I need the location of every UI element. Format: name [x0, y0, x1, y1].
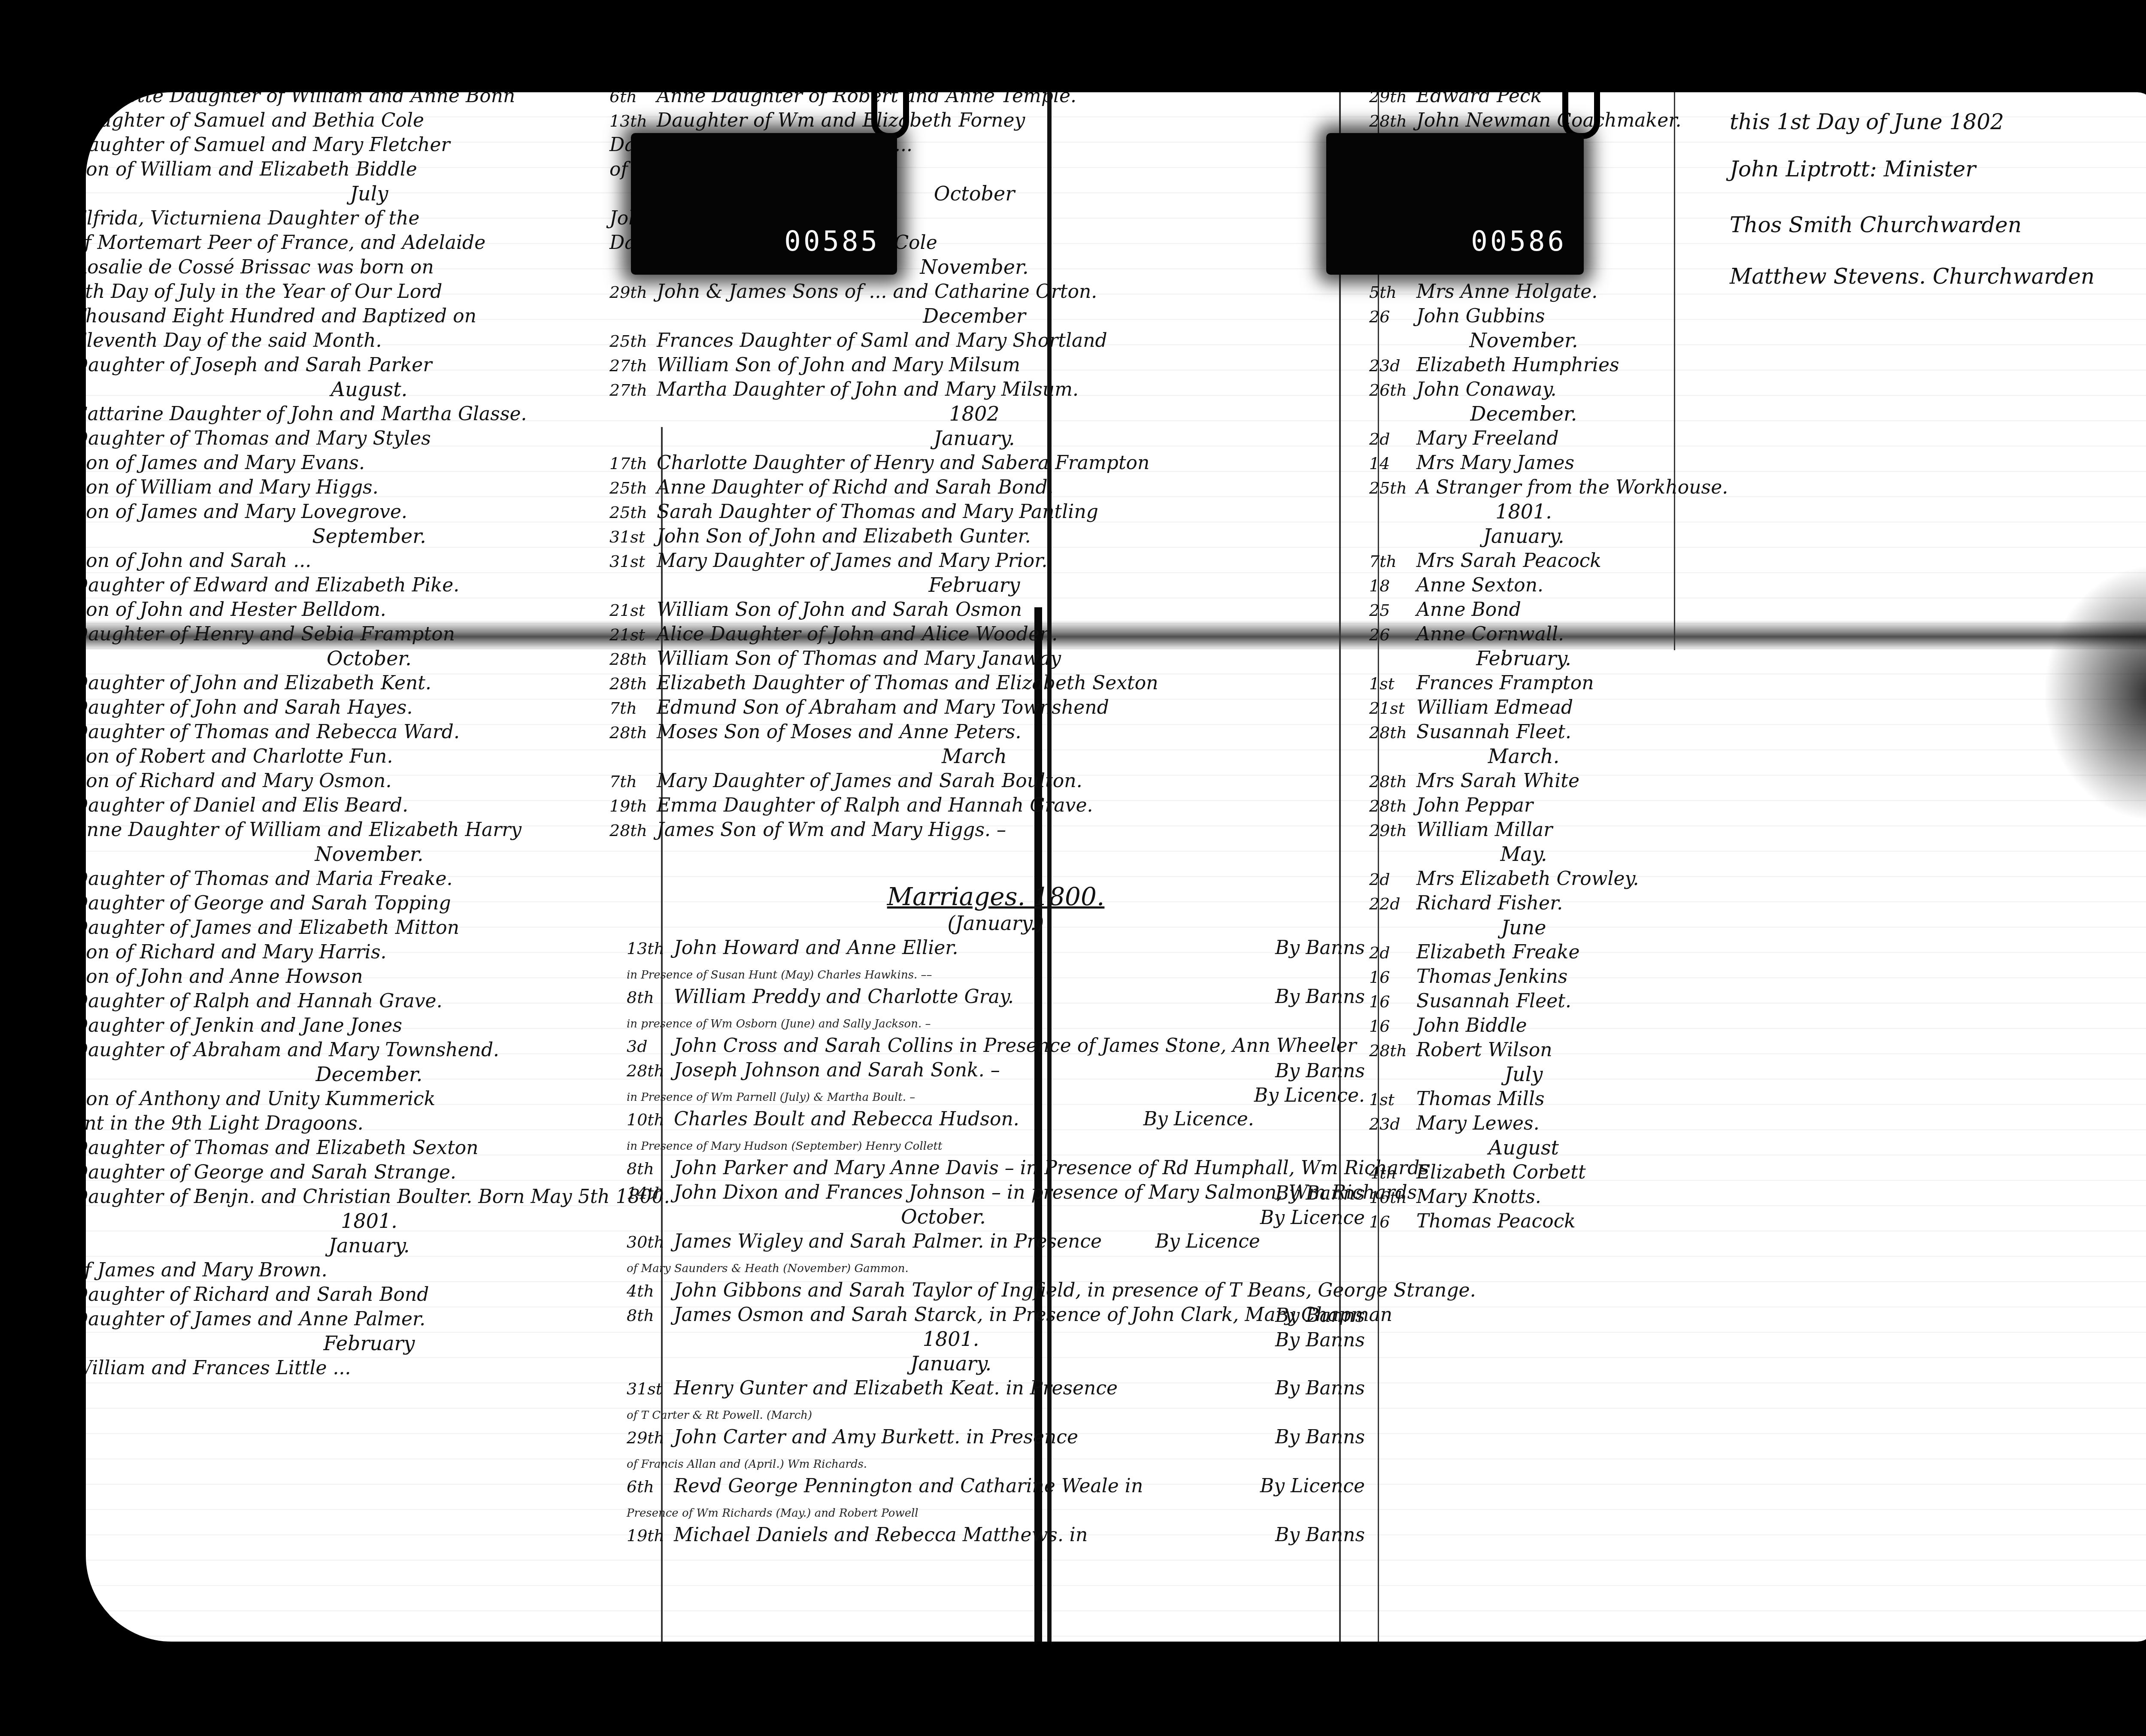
entry-witness-note: in Presence of Mary Hudson (September) H…: [627, 1131, 1365, 1156]
register-entry: Rosalie de Cossé Brissac was born on: [86, 255, 665, 279]
entry-date: 29th: [1369, 92, 1416, 109]
month-heading: 1802: [609, 402, 1339, 426]
register-entry: Daughter of Thomas and Mary Styles: [86, 426, 665, 451]
entry-witness-note: Presence of Wm Richards (May.) and Rober…: [627, 1498, 1365, 1523]
register-entry: 2dElizabeth Freake: [1369, 940, 1678, 964]
entry-date: 25th: [1369, 476, 1416, 500]
month-heading: February: [609, 573, 1339, 597]
register-entry: 16thMary Knotts.: [1369, 1185, 1678, 1209]
entry-text: Mrs Anne Holgate.: [1416, 281, 1597, 303]
entry-text: of Francis Allan and (April.) Wm Richard…: [627, 1458, 867, 1471]
register-entry: 4thJohn Gibbons and Sarah Taylor of Ingf…: [627, 1278, 1365, 1303]
entry-text: of Mary Saunders & Heath (November) Gamm…: [627, 1262, 909, 1275]
entry-text: John Howard and Anne Ellier.: [674, 937, 958, 959]
entry-date: 13th: [609, 109, 657, 133]
register-entry: 29thEdward Peck: [1369, 92, 1678, 108]
entry-date: 7th: [609, 770, 657, 794]
register-entry: Eleventh Day of the said Month.: [86, 328, 665, 353]
minister-signature: John Liptrott: Minister: [1730, 157, 1976, 182]
register-entry: 2dMrs Elizabeth Crowley.: [1369, 866, 1678, 891]
marriage-method: By Licence.: [1143, 1107, 1254, 1131]
register-entry: Daughter of Richard and Sarah Bond: [86, 1282, 665, 1307]
frame-number-tag: 00586: [1326, 133, 1584, 275]
entry-date: 2d: [1369, 941, 1416, 965]
marriage-method: By Banns: [1275, 1523, 1365, 1547]
register-page: Charlotte Daughter of William and Anne B…: [86, 92, 2146, 1642]
entry-text: William Preddy and Charlotte Gray.: [674, 986, 1014, 1008]
entry-text: in Presence of Susan Hunt (May) Charles …: [627, 969, 932, 982]
entry-text: Mrs Sarah White: [1416, 770, 1579, 792]
register-entry: Daughter of Henry and Sebia Frampton: [86, 622, 665, 646]
entry-date: 25th: [609, 500, 657, 525]
entry-date: 25th: [609, 329, 657, 354]
entry-date: 31st: [609, 525, 657, 549]
register-entry: 28thRobert Wilson: [1369, 1038, 1678, 1062]
entry-text: Son of John and Anne Howson: [86, 966, 363, 988]
register-entry: 29thJohn & James Sons of ... and Cathari…: [609, 279, 1339, 304]
entry-date: 7th: [609, 696, 657, 721]
entry-date: 13th: [627, 936, 674, 961]
register-entry: Son of Anthony and Unity Kummerick: [86, 1087, 665, 1111]
month-heading: February: [86, 1331, 665, 1356]
register-entry: Thousand Eight Hundred and Baptized on: [86, 304, 665, 328]
entry-date: 16: [1369, 1014, 1416, 1039]
register-entry: Daughter of John and Sarah Hayes.: [86, 695, 665, 720]
entry-text: Son of John and Hester Belldom.: [86, 599, 386, 621]
entry-text: Daughter of James and Elizabeth Mitton: [86, 917, 459, 939]
entry-text: Son of William and Mary Higgs.: [86, 476, 379, 498]
register-entry: 21stAlice Daughter of John and Alice Woo…: [609, 622, 1339, 646]
entry-date: 7th: [1369, 549, 1416, 574]
entry-date: 23d: [1369, 1112, 1416, 1136]
entry-text: Anne Daughter of Robert and Anne Temple.: [657, 92, 1076, 107]
register-entry: 16Susannah Fleet.: [1369, 989, 1678, 1013]
register-entry: 14thJohn Dixon and Frances Johnson – in …: [627, 1180, 1365, 1205]
register-entry: Son of Robert and Charlotte Fun.: [86, 744, 665, 769]
entry-text: John Biddle: [1416, 1015, 1527, 1036]
month-heading: November.: [86, 842, 665, 866]
entry-text: of James and Mary Brown.: [86, 1259, 327, 1281]
register-entry: 6thAnne Daughter of Robert and Anne Temp…: [609, 92, 1339, 108]
month-heading: July: [1369, 1062, 1678, 1087]
entry-date: 16th: [1369, 1185, 1416, 1210]
entry-date: 5th: [1369, 280, 1416, 305]
entry-text: Mary Freeland: [1416, 427, 1559, 449]
register-entry: 1stFrances Frampton: [1369, 671, 1678, 695]
register-entry: Daughter of Thomas and Rebecca Ward.: [86, 720, 665, 744]
register-entry: Daughter of Thomas and Maria Freake.: [86, 866, 665, 891]
entry-text: Charles Boult and Rebecca Hudson.: [674, 1108, 1019, 1130]
entry-date: 6th: [627, 1475, 674, 1499]
entry-date: 28th: [609, 721, 657, 745]
register-entry: 25Anne Bond: [1369, 597, 1678, 622]
entry-witness-note: of Francis Allan and (April.) Wm Richard…: [627, 1449, 1365, 1474]
register-entry: Son of Richard and Mary Osmon.: [86, 769, 665, 793]
entry-text: John Gubbins: [1416, 305, 1545, 327]
entry-text: Thomas Mills: [1416, 1088, 1545, 1110]
entry-text: John Newman Coachmaker.: [1416, 109, 1681, 131]
page-stain: [2043, 564, 2146, 822]
marriages-section: Marriages. 1800. (January.)13thJohn Howa…: [627, 882, 1365, 1547]
register-entry: 28thElizabeth Daughter of Thomas and Eli…: [609, 671, 1339, 695]
entry-date: 4th: [1369, 1161, 1416, 1185]
register-entry: 16Thomas Jenkins: [1369, 964, 1678, 989]
entry-text: Thomas Jenkins: [1416, 966, 1567, 988]
entry-date: 28th: [1369, 770, 1416, 794]
register-entry: Son of James and Mary Lovegrove.: [86, 500, 665, 524]
entry-date: 1st: [1369, 1088, 1416, 1112]
month-heading: September.: [86, 524, 665, 548]
register-entry: 31stHenry Gunter and Elizabeth Keat. in …: [627, 1376, 1365, 1400]
register-entry: 8thWilliam Preddy and Charlotte Gray.By …: [627, 985, 1365, 1009]
entry-text: Michael Daniels and Rebecca Matthews. in: [674, 1524, 1088, 1546]
entry-date: 19th: [627, 1524, 674, 1548]
entry-text: Richard Fisher.: [1416, 892, 1563, 914]
entry-text: John Cross and Sarah Collins in Presence…: [674, 1035, 1357, 1057]
register-entry: Daughter of Benjn. and Christian Boulter…: [86, 1185, 665, 1209]
entry-date: 29th: [627, 1426, 674, 1450]
register-entry: 25thFrances Daughter of Saml and Mary Sh…: [609, 328, 1339, 353]
entry-date: 27th: [609, 378, 657, 403]
entry-date: 17th: [609, 451, 657, 476]
entry-date: 21st: [609, 598, 657, 623]
marriage-method: By Banns: [1275, 1425, 1365, 1449]
month-heading: (January.): [627, 911, 1365, 936]
entry-text: Mrs Elizabeth Crowley.: [1416, 868, 1639, 890]
register-entry: ant in the 9th Light Dragoons.: [86, 1111, 665, 1136]
entry-date: 25th: [609, 476, 657, 500]
entry-text: Mrs Sarah Peacock: [1416, 550, 1601, 572]
entry-text: Elizabeth Humphries: [1416, 354, 1619, 376]
register-entry: 6thRevd George Pennington and Catharine …: [627, 1474, 1365, 1498]
month-heading: August: [1369, 1136, 1678, 1160]
entry-text: Daughter of Thomas and Elizabeth Sexton: [86, 1137, 479, 1159]
entry-date: 16: [1369, 965, 1416, 990]
entry-text: Joseph Johnson and Sarah Sonk. –: [674, 1059, 1000, 1081]
entry-text: William Edmead: [1416, 697, 1573, 718]
entry-text: Daughter of Samuel and Mary Fletcher: [86, 134, 450, 156]
entry-date: 28th: [1369, 1039, 1416, 1063]
register-entry: 31stJohn Son of John and Elizabeth Gunte…: [609, 524, 1339, 548]
entry-text: Daughter of Edward and Elizabeth Pike.: [86, 574, 459, 596]
marriage-method: By Banns: [1275, 985, 1365, 1009]
entry-date: 2d: [1369, 427, 1416, 451]
entry-date: 26: [1369, 623, 1416, 647]
register-entry: 21stWilliam Edmead: [1369, 695, 1678, 720]
register-entry: 3dJohn Cross and Sarah Collins in Presen…: [627, 1033, 1365, 1058]
register-entry: 13thDaughter of Wm and Elizabeth Forney: [609, 108, 1339, 133]
churchwarden-signature-2: Matthew Stevens. Churchwarden: [1730, 264, 2094, 289]
register-entry: 26thJohn Conaway.: [1369, 377, 1678, 402]
register-entry: Daughter of Edward and Elizabeth Pike.: [86, 573, 665, 597]
register-entry: 7thEdmund Son of Abraham and Mary Townsh…: [609, 695, 1339, 720]
entry-text: Mary Daughter of James and Sarah Boulton…: [657, 770, 1082, 792]
register-entry: Son of William and Elizabeth Biddle: [86, 157, 665, 182]
register-entry: 28thWilliam Son of Thomas and Mary Janaw…: [609, 646, 1339, 671]
register-entry: Daughter of James and Anne Palmer.: [86, 1307, 665, 1331]
entry-text: Elizabeth Corbett: [1416, 1161, 1586, 1183]
entry-text: Daughter of Jenkin and Jane Jones: [86, 1015, 402, 1036]
entry-date: 6th: [609, 92, 657, 109]
month-heading: January.: [627, 1351, 1365, 1376]
register-entry: Daughter of George and Sarah Topping: [86, 891, 665, 915]
attestation-date: this 1st Day of June 1802: [1730, 109, 2004, 134]
entry-date: 22d: [1369, 892, 1416, 916]
register-entry: Daughter of Abraham and Mary Townshend.: [86, 1038, 665, 1062]
entry-text: Edward Peck: [1416, 92, 1542, 107]
entry-text: Daughter of James and Anne Palmer.: [86, 1308, 425, 1330]
entry-text: Sarah Daughter of Thomas and Mary Pantli…: [657, 501, 1098, 523]
register-entry: Son of Richard and Mary Harris.: [86, 940, 665, 964]
register-entry: 28thMrs Sarah White: [1369, 769, 1678, 793]
register-entry: 26John Gubbins: [1369, 304, 1678, 328]
entry-witness-note: in Presence of Susan Hunt (May) Charles …: [627, 960, 1365, 985]
entry-text: Daughter of John and Sarah Hayes.: [86, 697, 412, 718]
frame-number-tag: 00585: [631, 133, 897, 275]
register-entry: of James and Mary Brown.: [86, 1258, 665, 1282]
register-entry: Daughter of Ralph and Hannah Grave.: [86, 989, 665, 1013]
marriage-method: By Licence: [1260, 1206, 1365, 1230]
entry-text: Daughter of Henry and Sebia Frampton: [86, 623, 455, 645]
entry-text: John Son of John and Elizabeth Gunter.: [657, 525, 1031, 547]
entry-text: Son of James and Mary Lovegrove.: [86, 501, 407, 523]
entry-text: in Presence of Wm Parnell (July) & Marth…: [627, 1091, 915, 1104]
entry-date: 29th: [609, 280, 657, 305]
entry-text: John Conaway.: [1416, 379, 1556, 400]
entry-text: Anne Sexton.: [1416, 574, 1543, 596]
entry-date: 16: [1369, 990, 1416, 1014]
entry-text: John & James Sons of ... and Catharine O…: [657, 281, 1097, 303]
entry-text: Mary Lewes.: [1416, 1112, 1540, 1134]
register-entry: 28thMoses Son of Moses and Anne Peters.: [609, 720, 1339, 744]
register-entry: 16Thomas Peacock: [1369, 1209, 1678, 1233]
register-entry: Daughter of Daniel and Elis Beard.: [86, 793, 665, 818]
register-entry: Daughter of John and Elizabeth Kent.: [86, 671, 665, 695]
register-entry: 8thJames Osmon and Sarah Starck, in Pres…: [627, 1303, 1365, 1327]
register-entry: 5thMrs Anne Holgate.: [1369, 279, 1678, 304]
register-entry: 18Anne Sexton.: [1369, 573, 1678, 597]
month-heading: November.: [1369, 328, 1678, 353]
marriage-method: By Banns: [1275, 936, 1365, 960]
register-entry: 23dMary Lewes.: [1369, 1111, 1678, 1136]
register-entry: 17thCharlotte Daughter of Henry and Sabe…: [609, 451, 1339, 475]
entry-witness-note: of T Carter & Rt Powell. (March): [627, 1400, 1365, 1425]
clip-hook-icon: [871, 86, 909, 139]
entry-text: Anne Cornwall.: [1416, 623, 1564, 645]
register-entry: Son of John and Anne Howson: [86, 964, 665, 989]
entry-text: John Carter and Amy Burkett. in Presence: [674, 1426, 1078, 1448]
month-heading: March: [609, 744, 1339, 769]
month-heading: December: [609, 304, 1339, 328]
register-entry: 4thElizabeth Corbett: [1369, 1160, 1678, 1185]
register-entry: 25thA Stranger from the Workhouse.: [1369, 475, 1678, 500]
entry-text: Daughter of Thomas and Mary Styles: [86, 427, 431, 449]
entry-text: Son of Richard and Mary Osmon.: [86, 770, 391, 792]
entry-date: 2d: [1369, 867, 1416, 892]
entry-date: 8th: [627, 1157, 674, 1181]
entry-date: 19th: [609, 794, 657, 818]
register-entry: 8thJohn Parker and Mary Anne Davis – in …: [627, 1156, 1365, 1180]
entry-date: 8th: [627, 985, 674, 1010]
register-entry: William and Frances Little ...: [86, 1356, 665, 1380]
entry-text: James Osmon and Sarah Starck, in Presenc…: [674, 1304, 1392, 1326]
register-entry: Daughter of George and Sarah Strange.: [86, 1160, 665, 1185]
entry-date: 16: [1369, 1210, 1416, 1234]
register-entry: 27thWilliam Son of John and Mary Milsum: [609, 353, 1339, 377]
marriages-heading: Marriages. 1800.: [627, 882, 1365, 911]
entry-date: 4th: [627, 1279, 674, 1303]
frame-number: 00585: [784, 226, 880, 258]
entry-text: James Son of Wm and Mary Higgs. –: [657, 819, 1006, 841]
entry-text: Son of William and Elizabeth Biddle: [86, 158, 417, 180]
entry-date: 29th: [1369, 818, 1416, 843]
register-entry: 30thJames Wigley and Sarah Palmer. in Pr…: [627, 1229, 1365, 1254]
entry-text: William Son of Thomas and Mary Janaway: [657, 648, 1061, 670]
entry-date: 25: [1369, 598, 1416, 623]
month-heading: January.: [86, 1233, 665, 1258]
entry-text: Edmund Son of Abraham and Mary Townshend: [657, 697, 1109, 718]
register-entry: 29thJohn Carter and Amy Burkett. in Pres…: [627, 1425, 1365, 1449]
entry-text: Daughter of Wm and Elizabeth Forney: [657, 109, 1025, 131]
entry-text: Son of Anthony and Unity Kummerick: [86, 1088, 435, 1110]
marriage-method: By Banns: [1275, 1059, 1365, 1083]
entry-date: 1st: [1369, 672, 1416, 696]
month-heading: October.: [627, 1205, 1365, 1229]
marriage-method: By Licence: [1260, 1474, 1365, 1498]
month-heading: October.: [86, 646, 665, 671]
marriage-method: By Licence.: [1254, 1083, 1365, 1108]
entry-text: Son of James and Mary Evans.: [86, 452, 365, 474]
entry-date: 31st: [609, 549, 657, 574]
entry-text: Mary Knotts.: [1416, 1186, 1541, 1208]
entry-text: James Wigley and Sarah Palmer. in Presen…: [674, 1230, 1102, 1252]
entry-text: William Son of John and Sarah Osmon: [657, 599, 1022, 621]
entry-text: Emma Daughter of Ralph and Hannah Grave.: [657, 794, 1093, 816]
entry-text: Daughter of John and Elizabeth Kent.: [86, 672, 431, 694]
entry-text: Charlotte Daughter of William and Anne B…: [86, 92, 515, 107]
entry-text: Elfrida, Victurniena Daughter of the: [86, 207, 420, 229]
register-entry: 28thJohn Peppar: [1369, 793, 1678, 818]
entry-text: Mary Daughter of James and Mary Prior.: [657, 550, 1048, 572]
entry-date: 31st: [627, 1377, 674, 1401]
entry-text: nth Day of July in the Year of Our Lord: [86, 281, 442, 303]
entry-text: William Son of John and Mary Milsum: [657, 354, 1020, 376]
register-entry: 7thMrs Sarah Peacock: [1369, 548, 1678, 573]
entry-text: William Millar: [1416, 819, 1552, 841]
baptisms-left-column: Charlotte Daughter of William and Anne B…: [86, 92, 665, 1380]
entry-text: Anne Daughter of William and Elizabeth H…: [86, 819, 521, 841]
entry-text: of T Carter & Rt Powell. (March): [627, 1409, 812, 1422]
entry-text: Frances Frampton: [1416, 672, 1594, 694]
entry-text: Daughter of Daniel and Elis Beard.: [86, 794, 408, 816]
entry-date: 23d: [1369, 354, 1416, 378]
entry-text: Presence of Wm Richards (May.) and Rober…: [627, 1507, 918, 1520]
entry-text: Rosalie de Cossé Brissac was born on: [86, 256, 434, 278]
entry-text: Daughter of Abraham and Mary Townshend.: [86, 1039, 499, 1061]
register-entry: 2dMary Freeland: [1369, 426, 1678, 451]
entry-date: 8th: [627, 1303, 674, 1328]
entry-date: 28th: [1369, 721, 1416, 745]
entry-date: 28th: [627, 1059, 674, 1083]
entry-date: 18: [1369, 574, 1416, 598]
entry-text: William and Frances Little ...: [86, 1357, 351, 1379]
entry-text: Charlotte Daughter of Henry and Sabera F…: [657, 452, 1149, 474]
entry-text: Thousand Eight Hundred and Baptized on: [86, 305, 476, 327]
entry-text: John Parker and Mary Anne Davis – in Pre…: [674, 1157, 1429, 1179]
entry-text: Daughter of George and Sarah Strange.: [86, 1161, 456, 1183]
month-heading: March.: [1369, 744, 1678, 769]
entry-date: 21st: [1369, 696, 1416, 721]
entry-text: Daughter of Thomas and Maria Freake.: [86, 868, 452, 890]
entry-text: Thomas Peacock: [1416, 1210, 1576, 1232]
month-heading: January.: [1369, 524, 1678, 548]
entry-text: Son of Richard and Mary Harris.: [86, 941, 387, 963]
entry-text: Anne Daughter of Richd and Sarah Bond.: [657, 476, 1054, 498]
register-entry: of Mortemart Peer of France, and Adelaid…: [86, 230, 665, 255]
entry-date: 14: [1369, 451, 1416, 476]
register-entry: 26Anne Cornwall.: [1369, 622, 1678, 646]
entry-text: Henry Gunter and Elizabeth Keat. in Pres…: [674, 1377, 1118, 1399]
month-heading: June: [1369, 915, 1678, 940]
entry-text: John Peppar: [1416, 794, 1533, 816]
entry-text: Daughter of Ralph and Hannah Grave.: [86, 990, 443, 1012]
register-entry: 25thSarah Daughter of Thomas and Mary Pa…: [609, 500, 1339, 524]
register-entry: 21stWilliam Son of John and Sarah Osmon: [609, 597, 1339, 622]
register-entry: Daughter of Jenkin and Jane Jones: [86, 1013, 665, 1038]
register-entry: Elfrida, Victurniena Daughter of the: [86, 206, 665, 230]
entry-text: Moses Son of Moses and Anne Peters.: [657, 721, 1021, 743]
entry-text: John Dixon and Frances Johnson – in pres…: [674, 1182, 1417, 1203]
entry-text: Elizabeth Freake: [1416, 941, 1579, 963]
entry-date: 28th: [1369, 794, 1416, 818]
register-entry: nth Day of July in the Year of Our Lord: [86, 279, 665, 304]
month-heading: December.: [86, 1062, 665, 1087]
entry-date: 28th: [1369, 109, 1416, 133]
entry-text: John Gibbons and Sarah Taylor of Ingfiel…: [674, 1279, 1476, 1301]
register-entry: Daughter of James and Elizabeth Mitton: [86, 915, 665, 940]
entry-text: Eleventh Day of the said Month.: [86, 330, 382, 351]
month-heading: December.: [1369, 402, 1678, 426]
entry-witness-note: of Mary Saunders & Heath (November) Gamm…: [627, 1254, 1365, 1278]
entry-date: 26th: [1369, 378, 1416, 403]
register-entry: Daughter of Joseph and Sarah Parker: [86, 353, 665, 377]
register-entry: 23dElizabeth Humphries: [1369, 353, 1678, 377]
register-entry: Charlotte Daughter of William and Anne B…: [86, 92, 665, 108]
entry-date: 14th: [627, 1181, 674, 1206]
marriage-method: By Banns: [1275, 1328, 1365, 1352]
entry-date: 27th: [609, 354, 657, 378]
register-entry: 14Mrs Mary James: [1369, 451, 1678, 475]
register-entry: 27thMartha Daughter of John and Mary Mil…: [609, 377, 1339, 402]
entry-text: Daughter of Samuel and Bethia Cole: [86, 109, 424, 131]
entry-text: Son of Robert and Charlotte Fun.: [86, 745, 393, 767]
entry-text: in Presence of Mary Hudson (September) H…: [627, 1140, 942, 1153]
month-heading: May.: [1369, 842, 1678, 866]
entry-text: Daughter of Richard and Sarah Bond: [86, 1284, 429, 1306]
entry-text: in presence of Wm Osborn (June) and Sall…: [627, 1018, 931, 1030]
month-heading: 1801.: [1369, 500, 1678, 524]
month-heading: 1801.: [86, 1209, 665, 1233]
register-entry: 1stThomas Mills: [1369, 1087, 1678, 1111]
register-entry: Daughter of Thomas and Elizabeth Sexton: [86, 1136, 665, 1160]
entry-text: Martha Daughter of John and Mary Milsum.: [657, 379, 1079, 400]
entry-text: Daughter of Benjn. and Christian Boulter…: [86, 1186, 670, 1208]
entry-date: 30th: [627, 1230, 674, 1254]
entry-text: A Stranger from the Workhouse.: [1416, 476, 1728, 498]
entry-text: Frances Daughter of Saml and Mary Shortl…: [657, 330, 1107, 351]
register-entry: 29thWilliam Millar: [1369, 818, 1678, 842]
marriage-method: By Licence: [1155, 1229, 1260, 1254]
